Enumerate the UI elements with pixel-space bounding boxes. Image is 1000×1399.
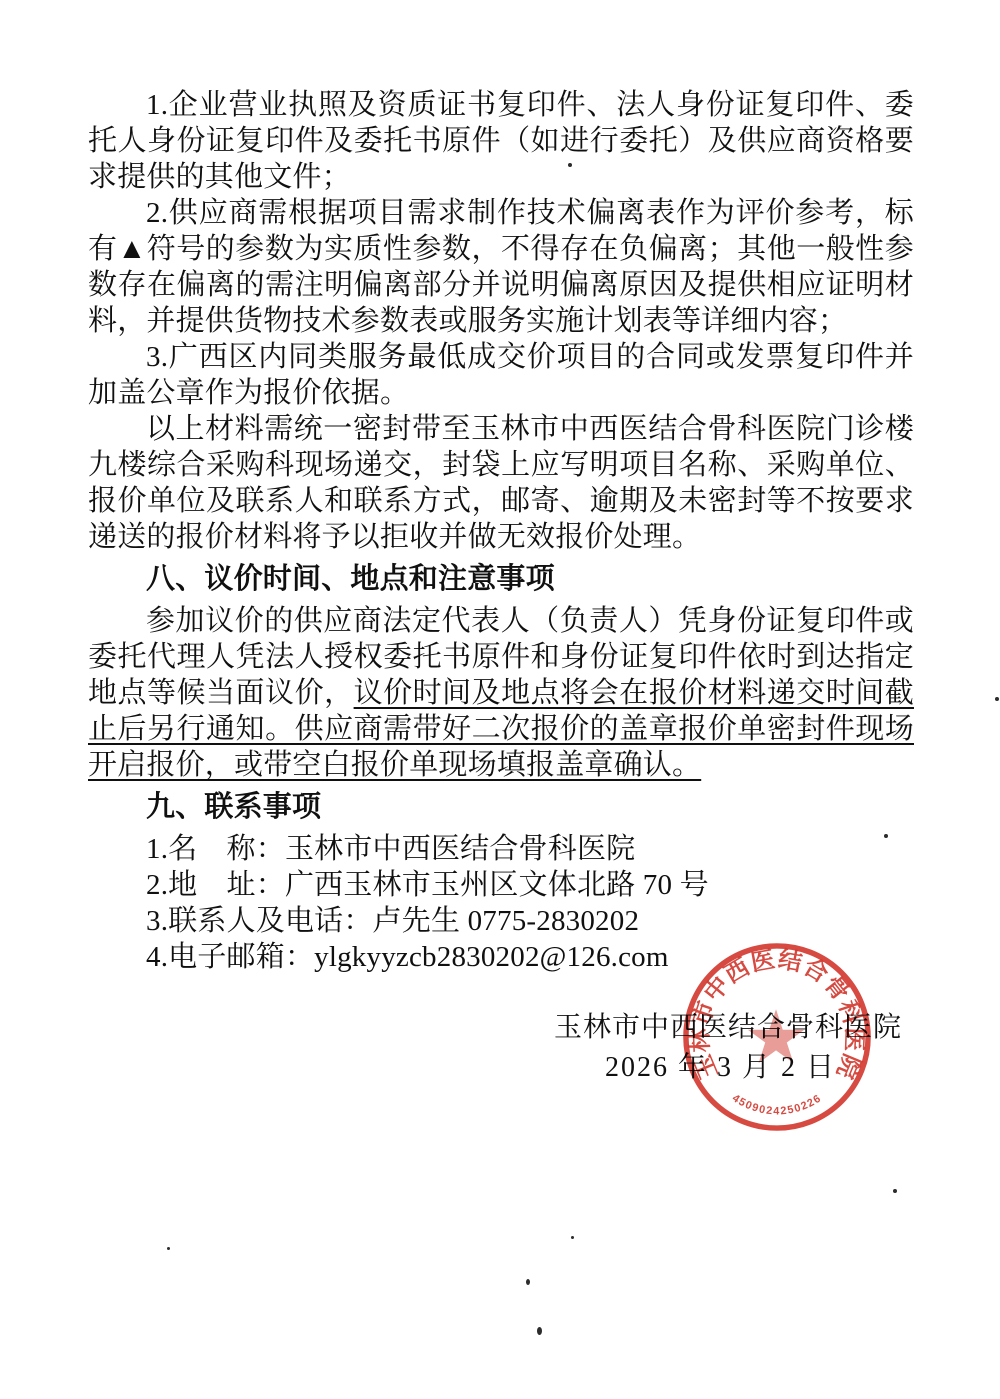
scanned-document-page: 1.企业营业执照及资质证书复印件、法人身份证复印件、委托人身份证复印件及委托书原… — [0, 0, 1000, 1399]
section-heading-8-negotiation: 八、议价时间、地点和注意事项 — [88, 561, 914, 597]
signature-organization: 玉林市中西医结合骨科医院 — [554, 1008, 902, 1048]
document-body: 1.企业营业执照及资质证书复印件、法人身份证复印件、委托人身份证复印件及委托书原… — [88, 87, 914, 975]
ink-speck — [568, 163, 572, 167]
paragraph-lowest-price-proof: 3.广西区内同类服务最低成交价项目的合同或发票复印件并加盖公章作为报价依据。 — [88, 339, 914, 411]
contact-name-line: 1.名 称：玉林市中西医结合骨科医院 — [88, 831, 914, 867]
paragraph-supplier-docs: 1.企业营业执照及资质证书复印件、法人身份证复印件、委托人身份证复印件及委托书原… — [88, 87, 914, 195]
ink-speck — [526, 1279, 530, 1285]
ink-speck — [995, 697, 999, 701]
ink-speck — [893, 1189, 897, 1193]
paragraph-sealed-delivery: 以上材料需统一密封带至玉林市中西医结合骨科医院门诊楼九楼综合采购科现场递交，封袋… — [88, 411, 914, 555]
ink-speck — [571, 1236, 574, 1239]
contact-phone-line: 3.联系人及电话：卢先生 0775-2830202 — [88, 903, 914, 939]
ink-speck — [167, 1247, 170, 1250]
signature-date: 2026 年 3 月 2 日 — [554, 1048, 836, 1088]
paragraph-negotiation-notice: 参加议价的供应商法定代表人（负责人）凭身份证复印件或委托代理人凭法人授权委托书原… — [88, 603, 914, 783]
ink-speck — [537, 1327, 542, 1335]
contact-address-line: 2.地 址：广西玉林市玉州区文体北路 70 号 — [88, 867, 914, 903]
contact-email-line: 4.电子邮箱：ylgkyyzcb2830202@126.com — [88, 939, 914, 975]
paragraph-deviation-table: 2.供应商需根据项目需求制作技术偏离表作为评价参考，标有▲符号的参数为实质性参数… — [88, 195, 914, 339]
signature-block: 玉林市中西医结合骨科医院 2026 年 3 月 2 日 — [554, 1008, 902, 1088]
ink-speck — [884, 834, 888, 838]
section-heading-9-contact: 九、联系事项 — [88, 789, 914, 825]
seal-serial-number: 4509024250226 — [730, 1092, 824, 1117]
